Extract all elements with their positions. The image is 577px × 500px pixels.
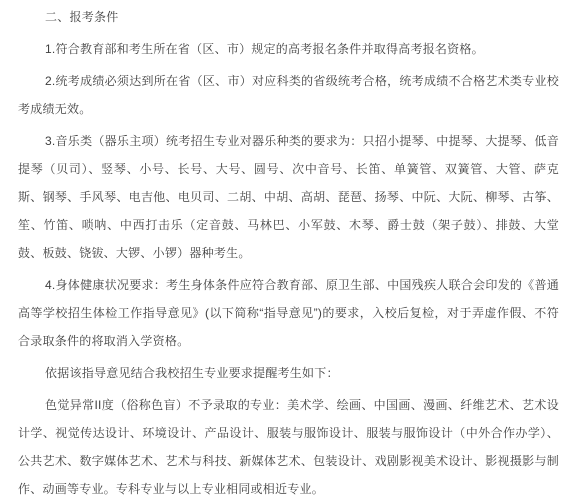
paragraph-music-instrument-requirements: 3.音乐类（器乐主项）统考招生专业对器乐种类的要求为：只招小提琴、中提琴、大提琴… bbox=[18, 127, 559, 267]
paragraph-guidance-reminder-intro: 依据该指导意见结合我校招生专业要求提醒考生如下： bbox=[18, 359, 559, 387]
paragraph-gaokao-registration-eligibility: 1.符合教育部和考生所在省（区、市）规定的高考报名条件并取得高考报名资格。 bbox=[18, 35, 559, 63]
section-heading: 二、报考条件 bbox=[18, 3, 559, 31]
paragraph-unified-exam-score-requirement: 2.统考成绩必须达到所在省（区、市）对应科类的省级统考合格，统考成绩不合格艺术类… bbox=[18, 67, 559, 123]
document-page: 二、报考条件 1.符合教育部和考生所在省（区、市）规定的高考报名条件并取得高考报… bbox=[0, 0, 577, 500]
paragraph-color-blindness-restricted-majors: 色觉异常II度（俗称色盲）不予录取的专业：美术学、绘画、中国画、漫画、纤维艺术、… bbox=[18, 391, 559, 500]
paragraph-physical-health-requirements: 4.身体健康状况要求：考生身体条件应符合教育部、原卫生部、中国残疾人联合会印发的… bbox=[18, 271, 559, 355]
